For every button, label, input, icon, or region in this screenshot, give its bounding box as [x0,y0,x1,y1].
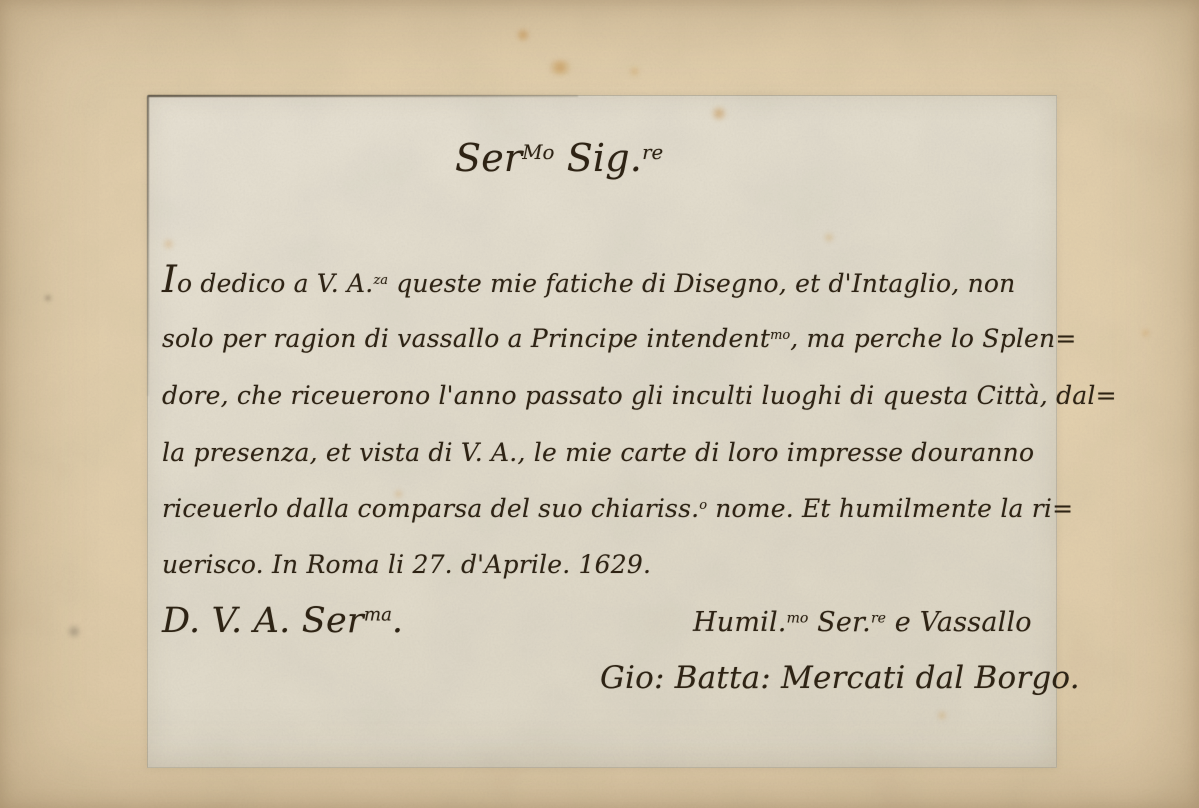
line-text: solo per ragion di vassallo a Principe i… [162,324,770,353]
line-text: queste mie fatiche di Disegno, et d'Inta… [388,269,1015,298]
dedication-line-4: la presenza, et vista di V. A., le mie c… [162,438,1034,467]
heading-superscript: Mo [522,141,554,164]
foxing-spot [545,60,575,75]
plate-mark-left-edge [147,96,149,396]
superscript: za [373,273,388,288]
signature-text: Ser. [808,607,871,638]
smudge-mark [66,625,82,638]
heading-salutation: SerMo Sig.re [455,136,663,180]
line-text: , ma perche lo Splen= [790,324,1076,353]
signature-name-line: Gio: Batta: Mercati dal Borgo. [600,660,1080,696]
heading-text: Ser [455,136,522,180]
foxing-spot [1140,328,1151,338]
closing-text: D. V. A. Ser [162,601,364,641]
heading-superscript: re [642,141,663,164]
signature-role-line: Humil.mo Ser.re e Vassallo [693,607,1032,638]
scanned-page: SerMo Sig.re Io dedico a V. A.za queste … [0,0,1199,808]
line-text: uerisco. In Roma li 27. d'Aprile. 1629. [162,550,651,579]
line-text: la presenza, et vista di V. A., le mie c… [162,438,1034,467]
signature-text: Humil. [693,607,787,638]
dedication-line-5: riceuerlo dalla comparsa del suo chiaris… [162,494,1073,523]
closing-text: . [392,601,403,641]
dedication-line-2: solo per ragion di vassallo a Principe i… [162,324,1076,353]
line-text: Io dedico a V. A. [162,269,373,298]
plate-mark-top-edge [148,95,578,97]
dedication-line-6-date-place: uerisco. In Roma li 27. d'Aprile. 1629. [162,550,651,579]
signature-text: Gio: Batta: Mercati dal Borgo. [600,660,1080,696]
closing-formula: D. V. A. Serma. [162,601,403,641]
signature-text: e Vassallo [886,607,1032,638]
heading-text: Sig. [554,136,642,180]
ink-speck [45,295,51,301]
dedication-line-1: Io dedico a V. A.za queste mie fatiche d… [162,266,1015,298]
superscript: mo [770,328,790,343]
dedication-line-3: dore, che riceuerono l'anno passato gli … [162,381,1117,410]
foxing-spot [628,66,641,77]
superscript: ma [364,605,392,626]
superscript: re [871,610,886,626]
line-text: nome. Et humilmente la ri= [707,494,1073,523]
line-text: dore, che riceuerono l'anno passato gli … [162,381,1117,410]
superscript: o [699,498,707,513]
foxing-spot [515,28,531,42]
line-text: riceuerlo dalla comparsa del suo chiaris… [162,494,699,523]
superscript: mo [787,610,809,626]
